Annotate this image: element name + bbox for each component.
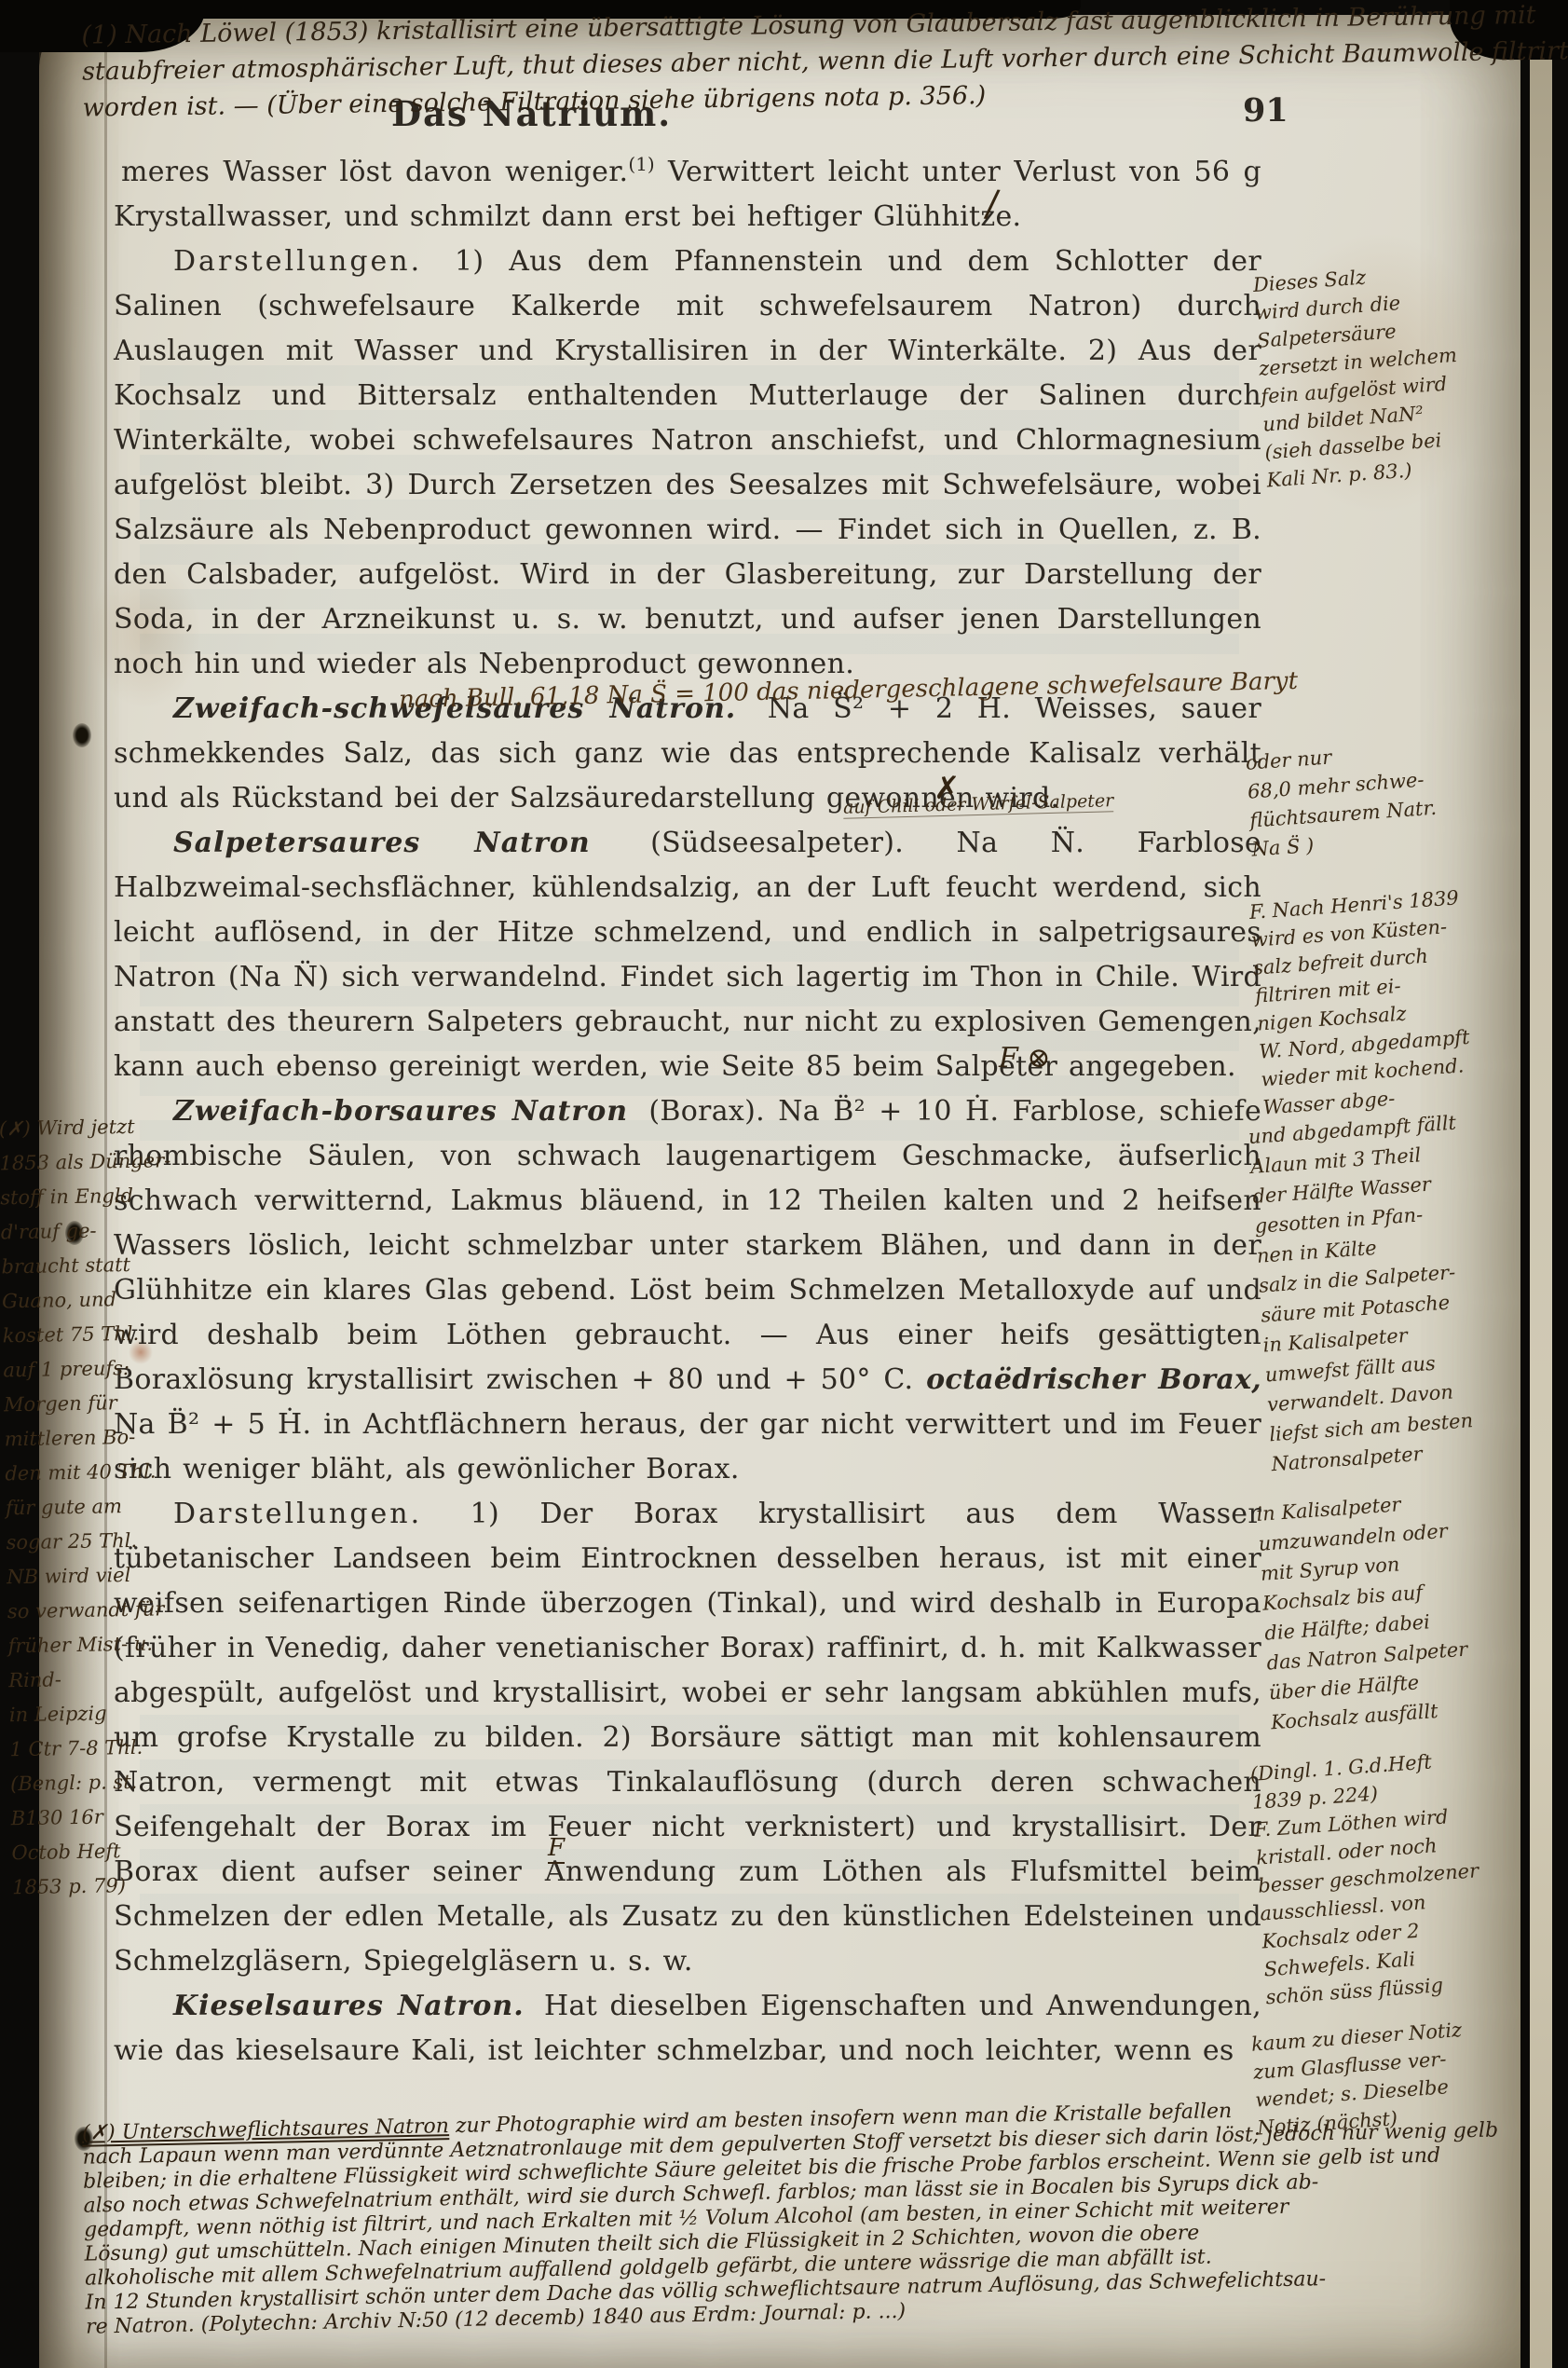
annotation-line: in Leipzig	[9, 1696, 150, 1733]
annotation-line: d'rauf ge-	[1, 1213, 142, 1251]
footnote-lines: nach Lapaun wenn man verdünnte Aetznatro…	[82, 2118, 1511, 2339]
paragraph-lead: Zweifach-borsaures Natron	[173, 1095, 635, 1128]
paragraph-text: (Südseesalpeter). Na N̈. Farblose Halbzw…	[114, 827, 1261, 1083]
annotation-line: Rind-	[8, 1662, 149, 1699]
annotation-line: Morgen für	[4, 1386, 144, 1423]
paragraph-lead: Kieselsaures Natron.	[173, 1990, 532, 2022]
annotation-line: NB wird viel	[7, 1558, 147, 1595]
paragraph: Zweifach-borsaures Natron (Borax). Na B̈…	[114, 1089, 1261, 1492]
annotation-line: so verwandt für	[7, 1593, 148, 1630]
paragraph-lead: Darstellungen.	[173, 1498, 429, 1530]
annotation-line: 1 Ctr 7-8 Thl.	[9, 1731, 150, 1768]
annotation-line: mittleren Bo-	[4, 1420, 144, 1458]
annotation-line: stoff in Engld	[0, 1179, 140, 1216]
right-margin-annotation: F. Nach Henri's 1839wird es von Küsten-s…	[1248, 883, 1496, 1122]
scanned-book-page: (1) Nach Löwel (1853) kristallisirt eine…	[0, 0, 1568, 2368]
right-margin-annotation: in Kalisalpeterumzuwandeln odermit Syrup…	[1255, 1484, 1504, 1738]
top-margin-annotation: (1) Nach Löwel (1853) kristallisirt eine…	[81, 0, 1498, 127]
paragraph-text: 1) Aus dem Pfannenstein und dem Schlotte…	[114, 245, 1261, 680]
annotation-line: (Bengl: p. st.	[10, 1765, 151, 1802]
annotation-line: früher Mist- u.	[7, 1627, 148, 1664]
paragraph: Kieselsaures Natron. Hat dieselben Eigen…	[114, 1984, 1261, 2074]
ink-cross-mark: ✗	[934, 770, 961, 807]
ink-reference-mark: F	[548, 1834, 565, 1864]
annotation-line: Octob Heft	[11, 1834, 152, 1871]
body-text-column: meres Wasser löst davon weniger.(1) Verw…	[114, 142, 1261, 2074]
next-page-edge	[1530, 43, 1552, 2368]
paragraph-lead	[114, 156, 121, 188]
annotation-line: sogar 25 Thl.	[6, 1524, 146, 1561]
annotation-line: B130 16r	[11, 1800, 152, 1837]
annotation-line: den mit 40 Thl.	[5, 1455, 145, 1492]
annotation-line: 1853 p. 79)	[12, 1868, 153, 1906]
annotation-line: Guano, und	[2, 1282, 143, 1320]
annotation-line: kostet 75 Thl.	[2, 1317, 143, 1354]
annotation-line: auf 1 preufs:	[3, 1351, 143, 1389]
right-margin-annotation: (Dingl. 1. G.d.Heft1839 p. 224)F. Zum Lö…	[1249, 1745, 1499, 2012]
paragraph: Salpetersaures Natron (Südseesalpeter). …	[114, 821, 1261, 1089]
right-margin-annotation: Dieses Salzwird durch dieSalpetersäureze…	[1252, 255, 1500, 495]
right-margin-annotation: und abgedampft fälltAlaun mit 3 Theilder…	[1248, 1106, 1505, 1480]
paragraph-text: (Borax). Na B̈² + 10 Ḣ. Farblose, schief…	[114, 1095, 1261, 1396]
paragraph-text: meres Wasser löst davon weniger.	[121, 156, 628, 188]
annotation-line: (✗) Wird jetzt	[0, 1110, 139, 1147]
paragraph: Darstellungen. 1) Der Borax krystallisir…	[114, 1492, 1261, 1984]
paragraph-emphasis: octaëdrischer Borax,	[926, 1363, 1261, 1396]
annotation-line: braucht statt	[1, 1248, 142, 1285]
annotation-line: für gute am	[6, 1489, 146, 1526]
paragraph: meres Wasser löst davon weniger.(1) Verw…	[114, 142, 1261, 240]
right-margin-annotation: oder nur68,0 mehr schwe-flüchtsaurem Nat…	[1245, 732, 1485, 864]
ink-reference-mark: F ⊗	[999, 1042, 1051, 1074]
footnote-reference: (1)	[628, 153, 654, 175]
annotation-line: 1853 als Dünger-	[0, 1144, 140, 1182]
paragraph-lead: Darstellungen.	[173, 245, 429, 278]
left-margin-annotation: (✗) Wird jetzt1853 als Dünger-stoff in E…	[0, 1110, 152, 1905]
paragraph-text: Na B̈² + 5 Ḣ. in Achtflächnern heraus, d…	[114, 1408, 1261, 1485]
paragraph-text: 1) Der Borax krystallisirt aus dem Wasse…	[114, 1498, 1261, 1978]
binding-hole	[73, 723, 91, 747]
paragraph: Darstellungen. 1) Aus dem Pfannenstein u…	[114, 240, 1261, 687]
bottom-handwritten-footnote: (✗) Unterschweflichtsaures Natron zur Ph…	[82, 2094, 1511, 2339]
paragraph-lead: Salpetersaures Natron	[173, 827, 598, 859]
